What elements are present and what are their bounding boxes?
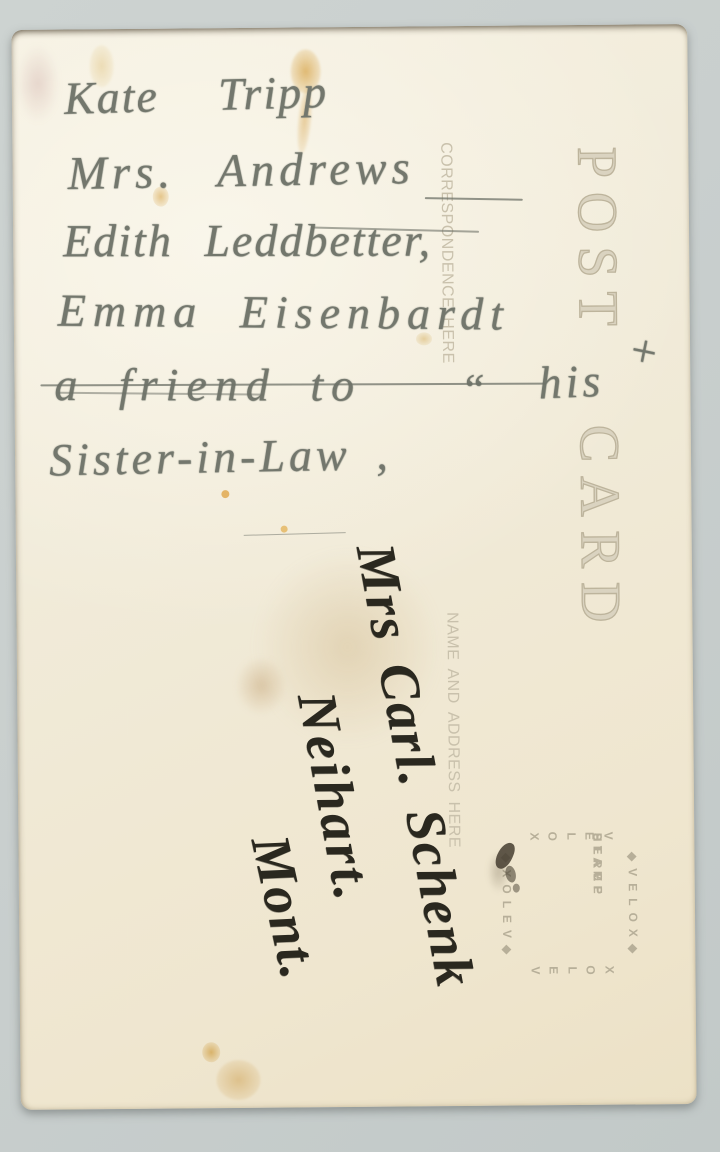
bottom-left-stain: [216, 1060, 260, 1100]
orange-fleck: [281, 526, 288, 533]
pink-smudge-stain: [15, 44, 60, 124]
scan-background: { "card": { "pencil": { "line1": "Kate T…: [0, 0, 720, 1152]
brown-smudge: [235, 656, 288, 716]
stamp-box-center-line: HERE: [585, 828, 610, 887]
velox-stamp-box: ◆VELOX◆ VELOX XOLEV ◆XOLEV◆ PLACE STAMP …: [499, 828, 640, 979]
ink-blot: [513, 884, 520, 893]
orange-fleck: [221, 490, 229, 498]
stamp-box-right-border: XOLEV: [526, 964, 619, 977]
pencil-line-mrs-andrews: Mrs. Andrews: [67, 141, 415, 201]
faint-pencil-line: [244, 532, 346, 536]
ink-line-mrs-carl-schenk: Mrs Carl. Schenk: [344, 539, 488, 993]
stamp-box-top-border: ◆VELOX◆: [625, 828, 640, 978]
pencil-line-sister-in-law: Sister-in-Law ,: [49, 427, 393, 487]
postcard-back: POST CARD CORRESPONDENCE HERE NAME AND A…: [11, 24, 696, 1110]
pencil-word-his: his: [537, 354, 605, 410]
pencil-ditto-mark: “: [460, 364, 485, 415]
pencil-line-emma-eisenbardt: Emma Eisenbardt: [58, 284, 511, 341]
stamp-box-place-stamp-here: PLACE STAMP HERE: [609, 828, 610, 978]
pencil-line-kate-tripp: Kate Tripp: [63, 65, 328, 125]
pencil-line-edith-leddbetter: Edith Leddbetter,: [63, 214, 432, 268]
bottom-left-stain-dot: [202, 1042, 220, 1062]
